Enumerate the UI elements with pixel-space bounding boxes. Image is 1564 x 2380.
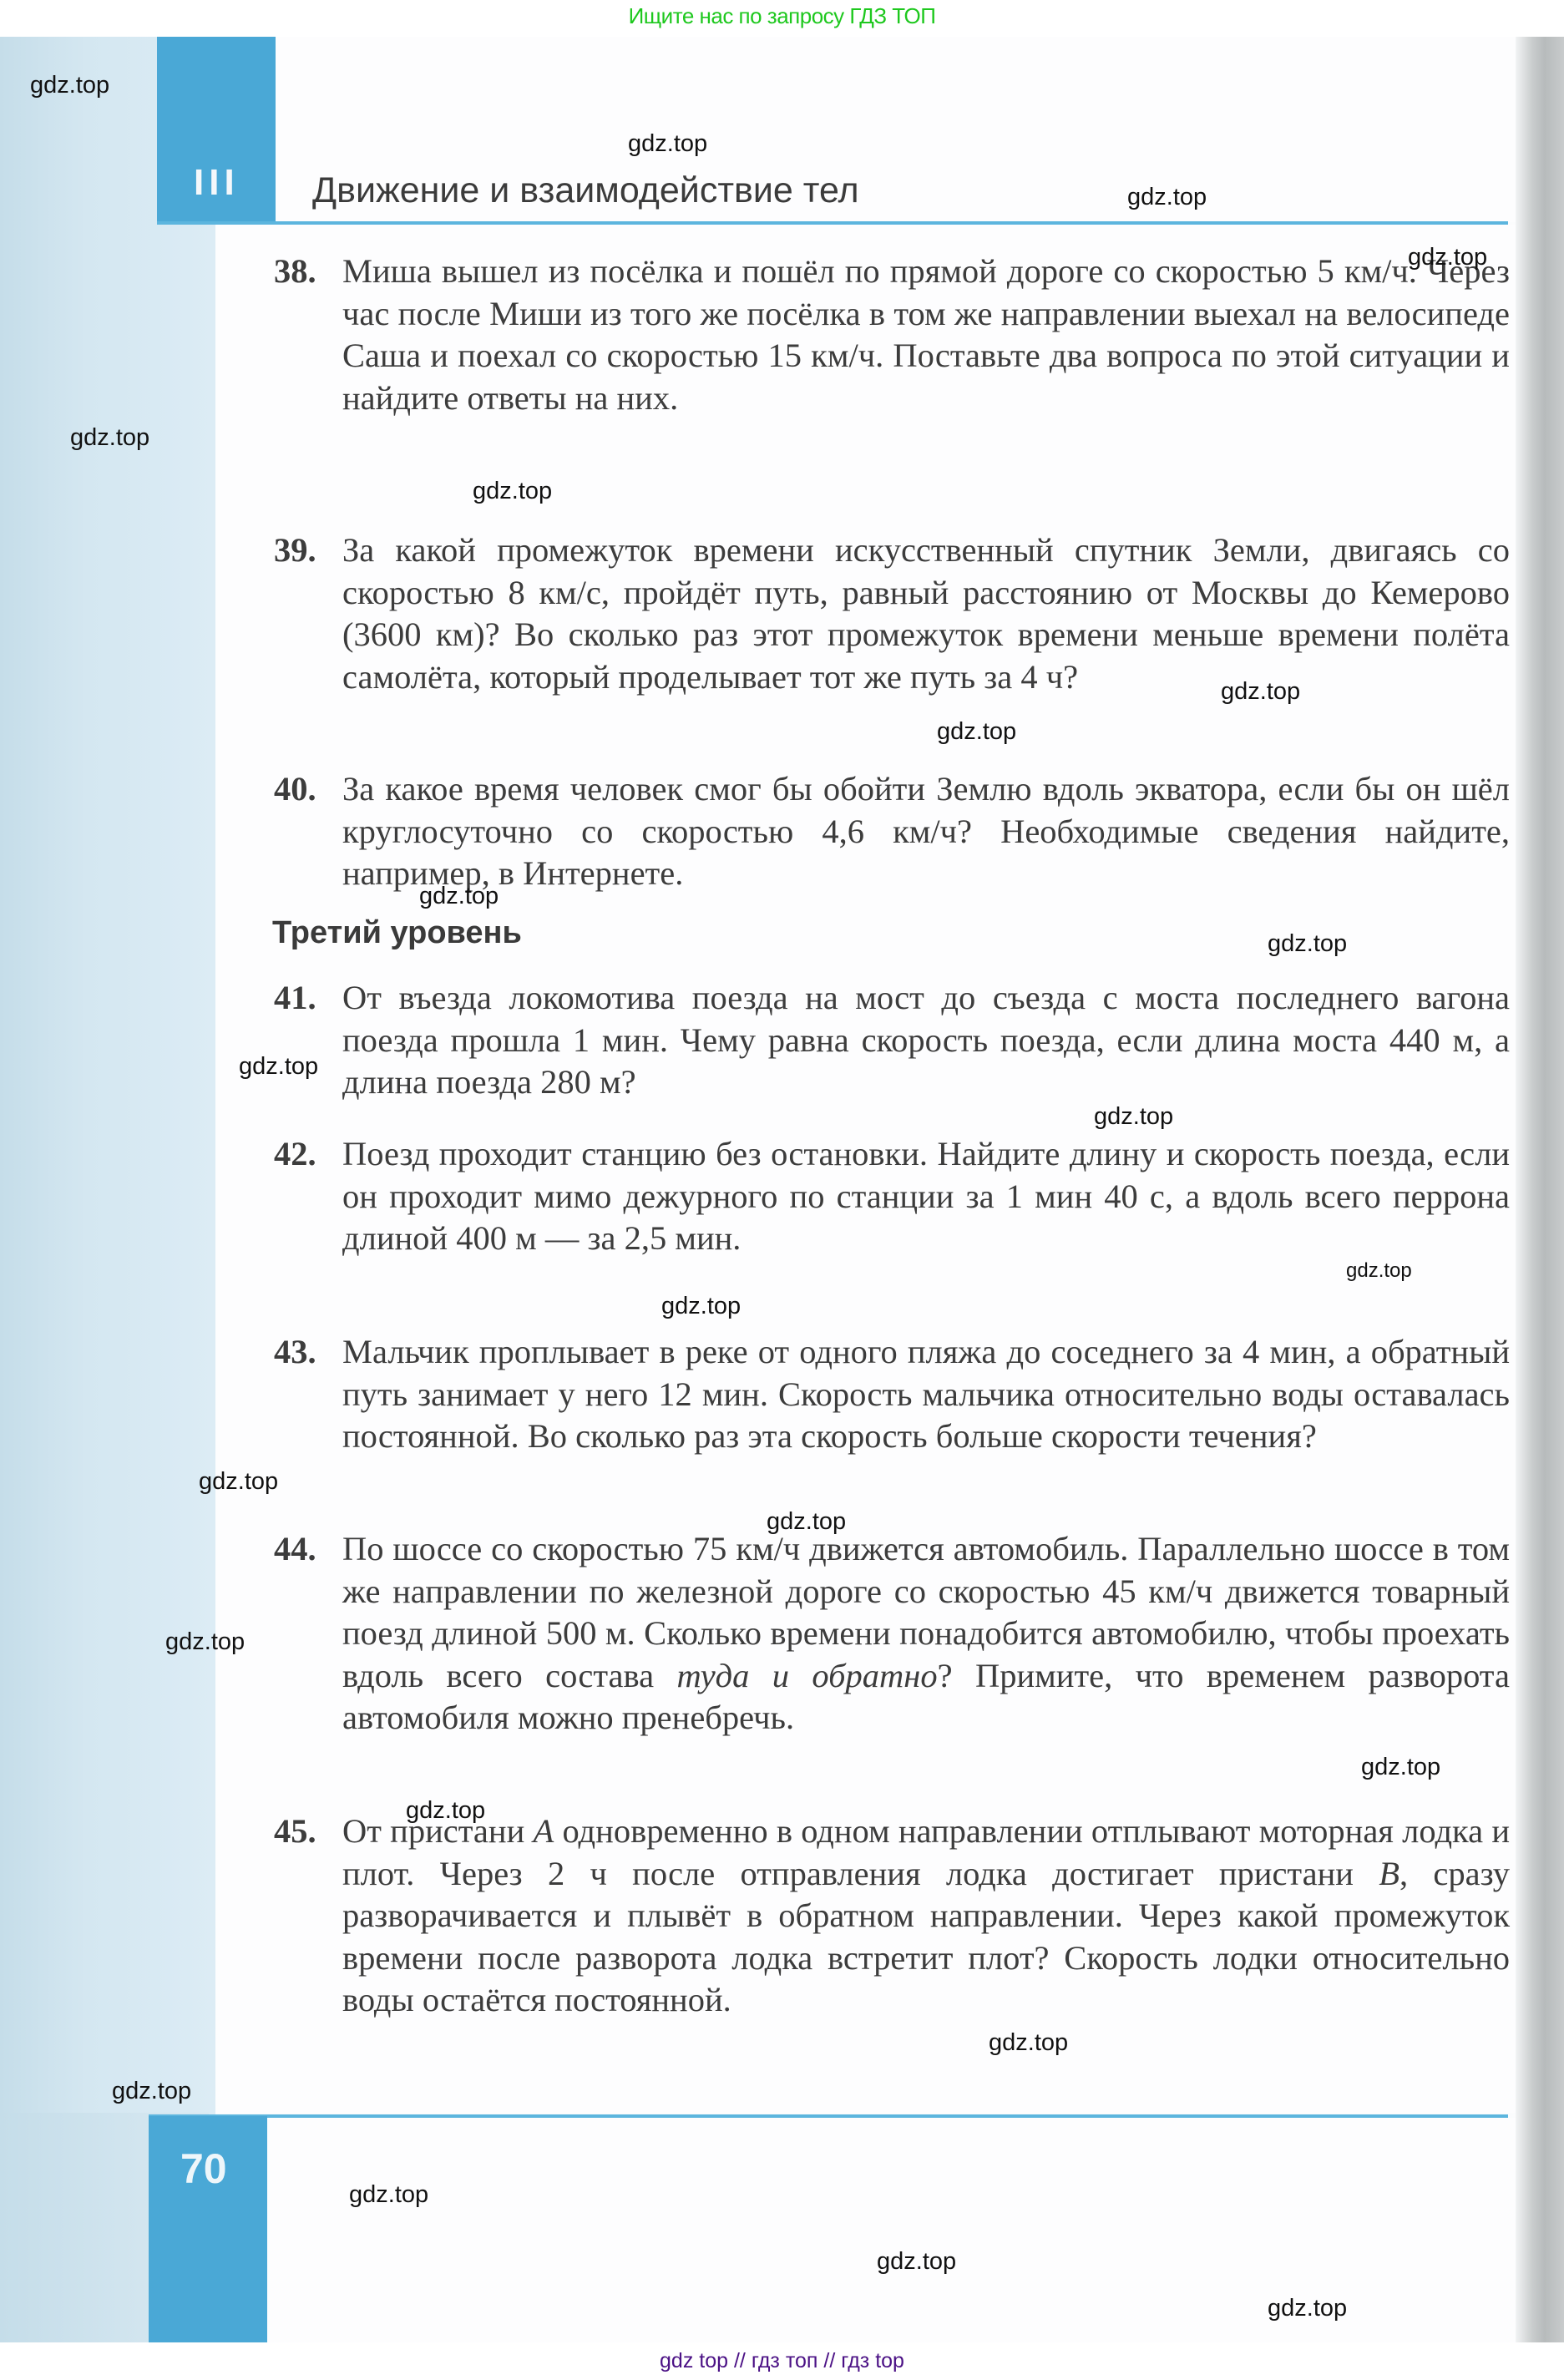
watermark-text: gdz.top	[1221, 678, 1300, 706]
watermark-text: gdz.top	[473, 478, 552, 505]
problem-text: От пристани A одновременно в одном напра…	[342, 1810, 1510, 2022]
problem-45: 45. От пристани A одновременно в одном н…	[274, 1810, 1510, 2022]
problem-42: 42. Поезд проходит станцию без остановки…	[274, 1133, 1510, 1260]
watermark-text: gdz.top	[661, 1293, 741, 1320]
watermark-text: gdz.top	[419, 883, 499, 910]
problem-text: За какое время человек смог бы обойти Зе…	[342, 768, 1510, 895]
watermark-text: gdz.top	[1346, 1259, 1412, 1283]
watermark-text: gdz.top	[112, 2078, 191, 2105]
watermark-text: gdz.top	[30, 72, 109, 99]
watermark-text: gdz.top	[877, 2248, 956, 2276]
watermark-text: gdz.top	[628, 130, 707, 158]
problem-number: 38.	[274, 251, 316, 293]
watermark-text: gdz.top	[406, 1797, 485, 1825]
watermark-text: gdz.top	[165, 1628, 245, 1656]
problem-41: 41. От въезда локомотива поезда на мост …	[274, 977, 1510, 1104]
watermark-text: gdz.top	[989, 2029, 1068, 2057]
emphasis-text: туда и обратно	[677, 1657, 938, 1694]
problem-text: Мальчик проплывает в реке от одного пляж…	[342, 1331, 1510, 1458]
problem-number: 39.	[274, 529, 316, 572]
problem-number: 45.	[274, 1810, 316, 1853]
watermark-text: gdz.top	[1268, 2295, 1347, 2322]
watermark-text: gdz.top	[349, 2181, 428, 2209]
watermark-text: gdz.top	[767, 1508, 846, 1536]
top-banner-text: Ищите нас по запросу ГДЗ ТОП	[629, 3, 936, 29]
textbook-page: III Движение и взаимодействие тел 38. Ми…	[0, 37, 1564, 2342]
problem-43: 43. Мальчик проплывает в реке от одного …	[274, 1331, 1510, 1458]
watermark-text: gdz.top	[1127, 184, 1207, 211]
chapter-title: Движение и взаимодействие тел	[312, 170, 859, 211]
page-number-tab: 70	[149, 2116, 267, 2342]
footer-divider	[149, 2114, 1508, 2118]
problem-text: Миша вышел из посёлка и пошёл по прямой …	[342, 251, 1510, 419]
watermark-text: gdz.top	[70, 424, 149, 452]
problem-number: 44.	[274, 1528, 316, 1571]
watermark-text: gdz.top	[1361, 1754, 1440, 1781]
problem-44: 44. По шоссе со скоростью 75 км/ч движет…	[274, 1528, 1510, 1739]
watermark-text: gdz.top	[239, 1053, 318, 1081]
problem-text: За какой промежуток времени искусственны…	[342, 529, 1510, 698]
variable-a: A	[533, 1812, 554, 1850]
problem-text: Поезд проходит станцию без остановки. На…	[342, 1133, 1510, 1260]
problem-39: 39. За какой промежуток времени искусств…	[274, 529, 1510, 698]
problem-38: 38. Миша вышел из посёлка и пошёл по пря…	[274, 251, 1510, 419]
watermark-text: gdz.top	[199, 1468, 278, 1496]
problem-40: 40. За какое время человек смог бы обойт…	[274, 768, 1510, 895]
watermark-text: gdz.top	[1268, 930, 1347, 958]
chapter-number: III	[194, 162, 240, 204]
variable-b: B	[1379, 1855, 1400, 1892]
problem-number: 40.	[274, 768, 316, 811]
problem-text: По шоссе со скоростью 75 км/ч движется а…	[342, 1528, 1510, 1739]
bottom-banner-text: gdz top // гдз топ // гдз top	[660, 2349, 904, 2373]
problem-number: 43.	[274, 1331, 316, 1374]
section-heading: Третий уровень	[272, 915, 522, 951]
chapter-tab: III	[157, 37, 276, 222]
problem-text: От въезда локомотива поезда на мост до с…	[342, 977, 1510, 1104]
watermark-text: gdz.top	[1408, 244, 1487, 271]
watermark-text: gdz.top	[937, 718, 1016, 746]
watermark-text: gdz.top	[1094, 1103, 1173, 1131]
problem-number: 42.	[274, 1133, 316, 1176]
page-number: 70	[180, 2145, 227, 2193]
problem-number: 41.	[274, 977, 316, 1020]
top-banner: Ищите нас по запросу ГДЗ ТОП	[0, 0, 1564, 37]
bottom-banner: gdz top // гдз топ // гдз top	[0, 2342, 1564, 2380]
binding-shadow	[1516, 37, 1564, 2342]
page-margin-strip	[0, 37, 215, 2342]
